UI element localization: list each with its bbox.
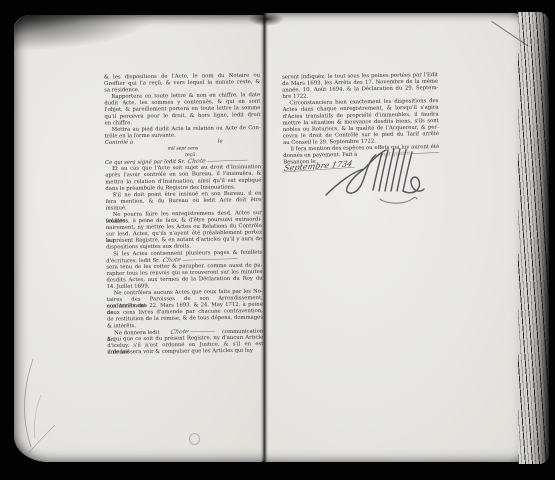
controle-label: Contrôlé à bbox=[105, 139, 133, 146]
blank-space bbox=[133, 143, 218, 144]
left-paragraph-block-2: Et au cas que l'Acte soit sujet au droit… bbox=[105, 164, 262, 258]
left-text-column: & les dispositions de l'Acte, le nom du … bbox=[104, 72, 263, 355]
handwritten-name: Chote bbox=[162, 256, 181, 263]
left-paragraph-block-1: & les dispositions de l'Acte, le nom du … bbox=[104, 72, 261, 139]
scan-smudge bbox=[14, 15, 194, 61]
corner-sketch-lines bbox=[15, 355, 95, 460]
gutter-crease bbox=[261, 13, 268, 462]
right-paragraph-block-1: seront indiquéz; le tout sous les peines… bbox=[282, 72, 439, 153]
paper-scratch bbox=[189, 433, 200, 445]
pen-flourish bbox=[183, 258, 238, 260]
controle-le: le bbox=[218, 138, 223, 145]
signature-flourish bbox=[318, 143, 453, 209]
left-paragraph-block-3: sera tenu de les cotter & parapher, comm… bbox=[106, 262, 263, 329]
gutter-smudge bbox=[248, 12, 284, 26]
pen-flourish bbox=[191, 331, 215, 332]
handwritten-name: Chote bbox=[187, 158, 206, 165]
left-paragraph-block-4: à qui que ce soit du présent Registre, n… bbox=[107, 334, 263, 356]
book-scan: & les dispositions de l'Acte, le nom du … bbox=[0, 0, 555, 480]
handwritten-name: Chote bbox=[163, 328, 190, 336]
pen-flourish bbox=[208, 160, 248, 162]
page-stack-edge bbox=[518, 12, 549, 464]
